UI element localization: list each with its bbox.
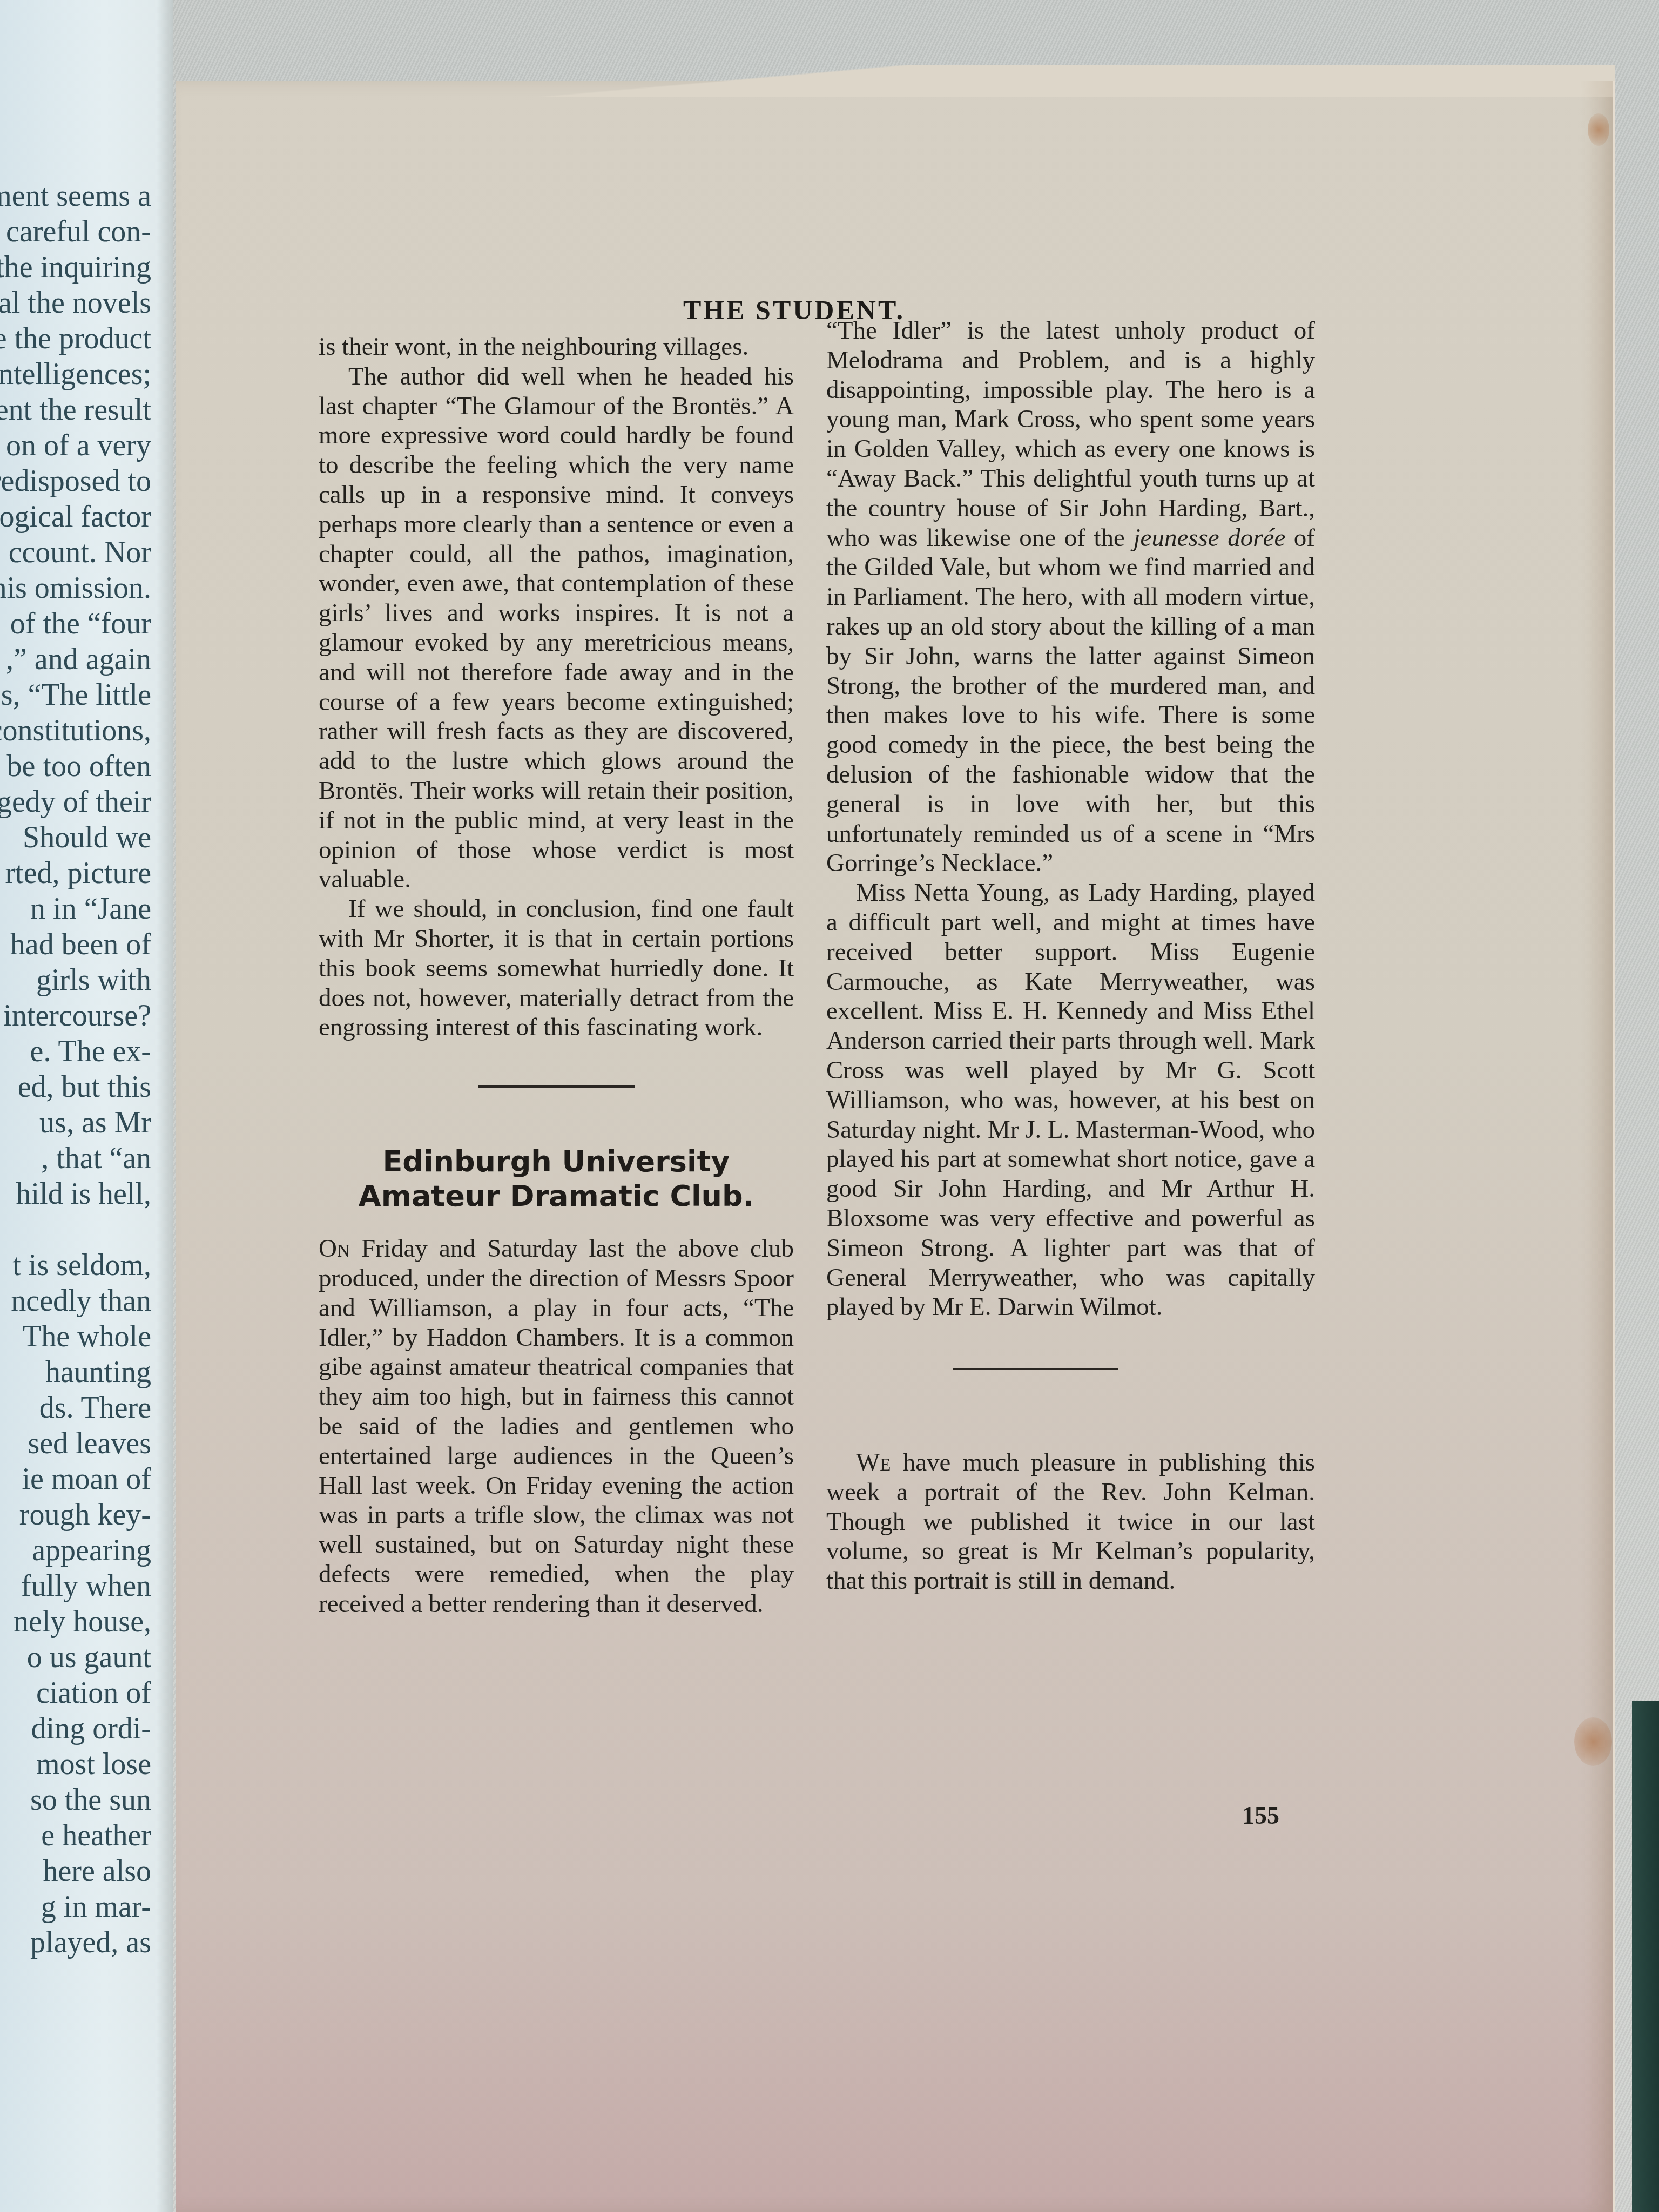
facing-page-line: sed leaves — [0, 1426, 151, 1461]
facing-page-line: nely house, — [0, 1604, 151, 1640]
facing-page-line: here also — [0, 1853, 151, 1889]
facing-page-line: ncedly than — [0, 1283, 151, 1319]
right-column: “The Idler” is the latest unholy product… — [826, 316, 1315, 1596]
facing-page-line: gedy of their — [0, 784, 151, 820]
deckle-edge — [176, 65, 1615, 97]
facing-page-line: ed, but this — [0, 1069, 151, 1105]
facing-page-line: n in “Jane — [0, 891, 151, 927]
facing-page-line: e the product — [0, 321, 151, 356]
facing-page-line: ement seems a — [0, 178, 151, 214]
facing-page-line: ciation of — [0, 1675, 151, 1711]
facing-page-line: g in mar- — [0, 1889, 151, 1925]
italic-phrase: jeunesse dorée — [1133, 524, 1285, 552]
section-divider — [953, 1368, 1118, 1370]
facing-page-line: rted, picture — [0, 855, 151, 891]
paragraph: Miss Netta Young, as Lady Harding, playe… — [826, 878, 1315, 1322]
facing-page-line: , that “an — [0, 1141, 151, 1176]
article-title: Edinburgh University Amateur Dramatic Cl… — [319, 1144, 794, 1213]
page-fore-edge — [1581, 81, 1615, 2212]
facing-page-line — [0, 1212, 151, 1247]
facing-page-line: The whole — [0, 1319, 151, 1354]
facing-page-line: tent the result — [0, 392, 151, 428]
facing-page-line: predisposed to — [0, 463, 151, 499]
facing-page-line: t is seldom, — [0, 1247, 151, 1283]
paragraph-text: “The Idler” is the latest unholy product… — [826, 316, 1315, 552]
section-divider — [478, 1085, 635, 1088]
facing-page-line: e heather — [0, 1818, 151, 1853]
paragraph-text: have much pleasure in publishing this we… — [826, 1448, 1315, 1595]
paragraph-text: of the Gilded Vale, but whom we find mar… — [826, 524, 1315, 878]
facing-page-line: intelligences; — [0, 356, 151, 392]
facing-page-line: Should we — [0, 820, 151, 855]
facing-page-line: ie moan of — [0, 1461, 151, 1497]
paragraph: The author did well when he headed his l… — [319, 362, 794, 894]
facing-page-line: appearing — [0, 1533, 151, 1568]
paragraph: On Friday and Saturday last the above cl… — [319, 1234, 794, 1618]
facing-page-line: so the sun — [0, 1782, 151, 1818]
facing-page-line: on of a very — [0, 428, 151, 463]
facing-page-line: hild is hell, — [0, 1176, 151, 1212]
facing-page-line: girls with — [0, 962, 151, 998]
paragraph: “The Idler” is the latest unholy product… — [826, 316, 1315, 878]
facing-page-line: intercourse? — [0, 998, 151, 1034]
facing-page-line: be too often — [0, 748, 151, 784]
facing-page-line: constitutions, — [0, 713, 151, 748]
foxing-stain — [1574, 1717, 1612, 1766]
facing-page-line: played, as — [0, 1925, 151, 1960]
article-title-line: Edinburgh University — [319, 1144, 794, 1179]
article-title-line: Amateur Dramatic Club. — [319, 1179, 794, 1213]
paragraph: If we should, in conclusion, find one fa… — [319, 894, 794, 1042]
facing-page-line: had been of — [0, 927, 151, 962]
page-number: 155 — [1242, 1801, 1279, 1830]
facing-page-line: of the “four — [0, 606, 151, 642]
facing-page-line: o us gaunt — [0, 1640, 151, 1675]
facing-page-line: us, as Mr — [0, 1105, 151, 1141]
facing-page-line: t careful con- — [0, 214, 151, 249]
facing-page-line: ds. There — [0, 1390, 151, 1426]
paragraph: is their wont, in the neighbouring villa… — [319, 332, 794, 362]
foxing-stain — [1588, 113, 1609, 146]
page-gutter-shadow — [157, 0, 173, 2212]
facing-page-line: most lose — [0, 1746, 151, 1782]
lead-word: On — [319, 1235, 350, 1263]
facing-page-line: s, “The little — [0, 677, 151, 713]
paragraph: We have much pleasure in publishing this… — [826, 1448, 1315, 1596]
dark-fabric-corner — [1632, 1701, 1659, 2212]
left-column: is their wont, in the neighbouring villa… — [319, 332, 794, 1618]
facing-page-line: ding ordi- — [0, 1711, 151, 1746]
facing-page-line: haunting — [0, 1354, 151, 1390]
facing-page-line: the inquiring — [0, 249, 151, 285]
facing-page-line: rough key- — [0, 1497, 151, 1533]
facing-page-line: fully when — [0, 1568, 151, 1604]
facing-page-line: his omission. — [0, 570, 151, 606]
facing-page-line: e. The ex- — [0, 1034, 151, 1069]
lead-word: We — [856, 1448, 891, 1476]
facing-page-text: ement seems at careful con-the inquiring… — [0, 178, 151, 1960]
facing-page: ement seems at careful con-the inquiring… — [0, 0, 173, 2212]
facing-page-line: ccount. Nor — [0, 535, 151, 570]
facing-page-line: ,” and again — [0, 642, 151, 677]
facing-page-line: al the novels — [0, 285, 151, 321]
paragraph-text: Friday and Saturday last the above club … — [319, 1235, 794, 1618]
facing-page-line: logical factor — [0, 499, 151, 535]
